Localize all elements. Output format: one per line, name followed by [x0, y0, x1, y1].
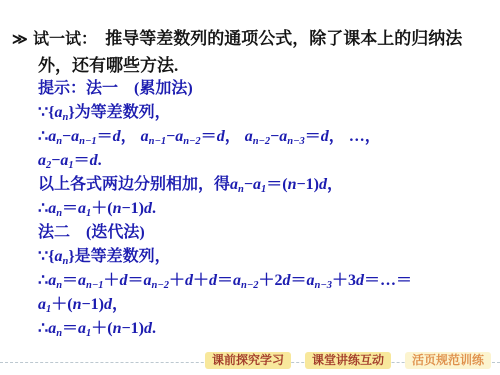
content-line: ∴an＝a1＋(n−1)d. [38, 317, 494, 341]
content-line: ∵{an}是等差数列， [38, 245, 494, 269]
try-it-label: 试一试： [33, 31, 97, 48]
footer-buttons: 课前探究学习课堂讲练互动活页规范训练 [205, 352, 491, 369]
content-line: a1＋(n−1)d， [38, 293, 494, 317]
content-line: 法二 (迭代法) [38, 221, 494, 245]
content-line: ∴an＝an−1＋d＝an−2＋d＋d＝an−2＋2d＝an−3＋3d＝…＝ [38, 269, 494, 293]
footer-button-2[interactable]: 课堂讲练互动 [305, 352, 391, 369]
prompt-line1: ≫ 试一试： 推导等差数列的通项公式，除了课本上的归纳法 [12, 26, 494, 53]
prompt-text-line2: 外，还有哪些方法. [38, 53, 494, 79]
slide: ≫ 试一试： 推导等差数列的通项公式，除了课本上的归纳法 外，还有哪些方法. 提… [0, 0, 500, 375]
footer-button-1[interactable]: 课前探究学习 [205, 352, 291, 369]
footer-button-3[interactable]: 活页规范训练 [405, 352, 491, 369]
content-line: ∵{an}为等差数列， [38, 101, 494, 125]
content-line: a2−a1＝d. [38, 149, 494, 173]
double-chevron-icon: ≫ [12, 32, 26, 48]
content-line: ∴an−an−1＝d， an−1−an−2＝d， an−2−an−3＝d， …， [38, 125, 494, 149]
prompt-header: ≫ 试一试： 推导等差数列的通项公式，除了课本上的归纳法 外，还有哪些方法. [12, 26, 494, 79]
content-line: 提示：法一 (累加法) [38, 77, 494, 101]
prompt-text-line1: 推导等差数列的通项公式，除了课本上的归纳法 [105, 29, 462, 48]
content-lines: 提示：法一 (累加法)∵{an}为等差数列，∴an−an−1＝d， an−1−a… [38, 77, 494, 341]
content-line: 以上各式两边分别相加，得an−a1＝(n−1)d， [38, 173, 494, 197]
content-line: ∴an＝a1＋(n−1)d. [38, 197, 494, 221]
